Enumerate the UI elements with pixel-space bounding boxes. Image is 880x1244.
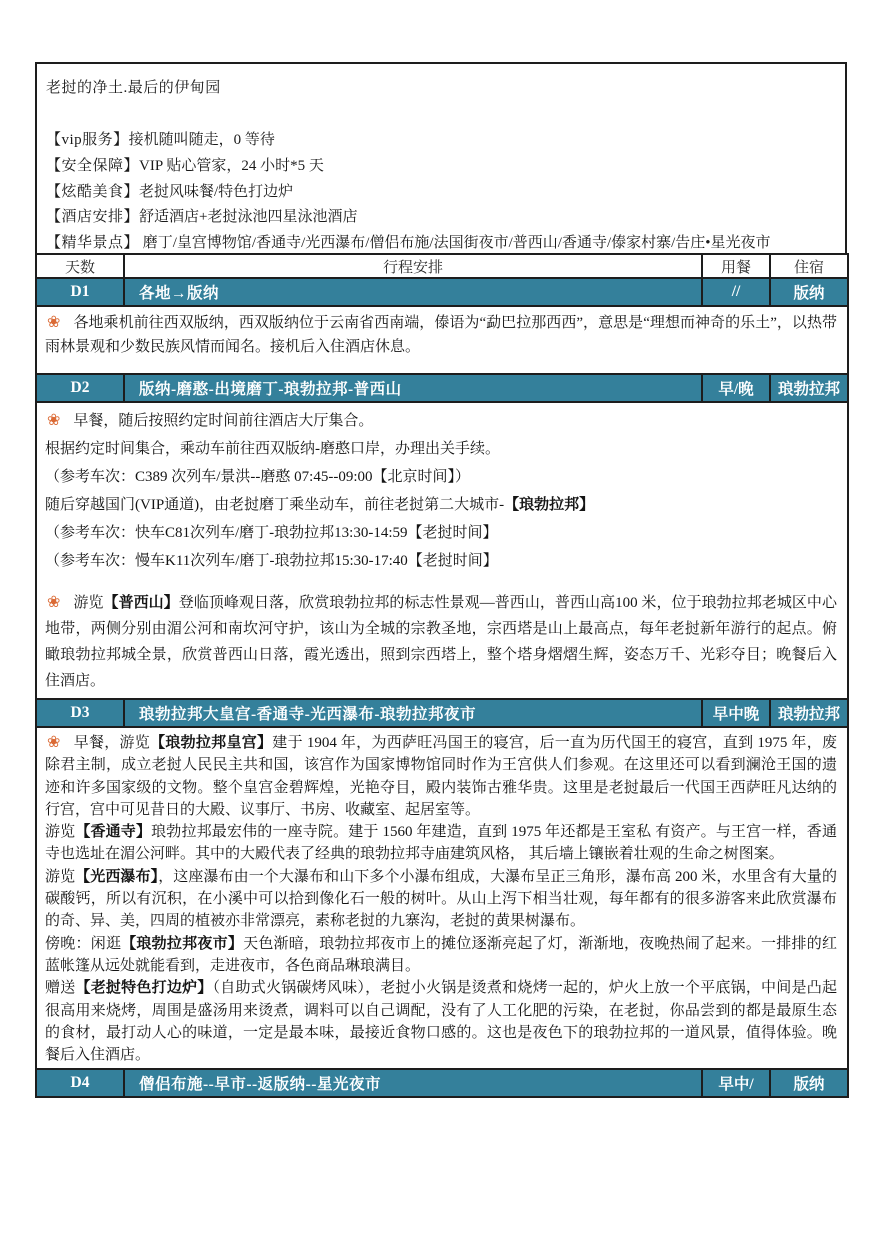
paragraph: 赠送【老挝特色打边炉】（自助式火锅碳烤风味），老挝小火锅是烫煮和烧烤一起的，炉火… bbox=[45, 977, 837, 1066]
paragraph: ❀游览【普西山】登临顶峰观日落，欣赏琅勃拉邦的标志性景观—普西山，普西山高100… bbox=[45, 590, 837, 694]
text-segment: （参考车次：快车C81次列车/磨丁-琅勃拉邦13:30-14:59【老挝时间】 bbox=[45, 525, 498, 541]
text-segment: 随后穿越国门(VIP通道)，由老挝磨丁乘坐动车，前往老挝第二大城市- bbox=[45, 497, 504, 513]
day-stay: 琅勃拉邦 bbox=[770, 699, 848, 727]
paragraph: ❀各地乘机前往西双版纳，西双版纳位于云南省西南端，傣语为“勐巴拉那西西”，意思是… bbox=[45, 311, 837, 359]
highlight-text: 接机随叫随走，0 等待 bbox=[129, 132, 275, 148]
day-row-D3: D3琅勃拉邦大皇宫-香通寺-光西瀑布-琅勃拉邦夜市早中晚琅勃拉邦 bbox=[36, 699, 848, 727]
day-row-D4: D4僧侣布施--早市--返版纳--星光夜市早中/版纳 bbox=[36, 1069, 848, 1097]
day-stay: 版纳 bbox=[770, 278, 848, 306]
text-segment: 早餐，游览 bbox=[74, 735, 150, 751]
col-header-stay: 住宿 bbox=[770, 254, 848, 278]
day-body-row-D3: ❀早餐，游览【琅勃拉邦皇宫】建于 1904 年，为西萨旺冯国王的寝宫，后一直为历… bbox=[36, 727, 848, 1069]
text-segment: 各地乘机前往西双版纳，西双版纳位于云南省西南端，傣语为“勐巴拉那西西”，意思是“… bbox=[45, 315, 837, 355]
highlight-text: 舒适酒店+老挝泳池四星泳池酒店 bbox=[139, 209, 357, 225]
highlight-label: 【vip服务】 bbox=[46, 132, 129, 148]
highlight-label: 【安全保障】 bbox=[46, 158, 139, 174]
day-title: 版纳-磨憨-出境磨丁-琅勃拉邦-普西山 bbox=[124, 374, 702, 402]
highlight-line: 【精华景点】 磨丁/皇宫博物馆/香通寺/光西瀑布/僧侣布施/法国街夜市/普西山/… bbox=[46, 231, 835, 257]
highlight-label: 【炫酷美食】 bbox=[46, 184, 139, 200]
highlight-term: 【老挝特色打边炉】 bbox=[75, 980, 212, 996]
flower-icon: ❀ bbox=[47, 412, 60, 429]
text-segment: 游览 bbox=[45, 824, 75, 840]
highlight-label: 【酒店安排】 bbox=[46, 209, 139, 225]
text-segment: （参考车次：慢车K11次列车/磨丁-琅勃拉邦15:30-17:40【老挝时间】 bbox=[45, 553, 498, 569]
text-segment: 早餐，随后按照约定时间前往酒店大厅集合。 bbox=[73, 413, 373, 429]
flower-icon: ❀ bbox=[47, 734, 61, 751]
paragraph: 随后穿越国门(VIP通道)，由老挝磨丁乘坐动车，前往老挝第二大城市-【琅勃拉邦】 bbox=[45, 492, 837, 518]
paragraph: 游览【香通寺】琅勃拉邦最宏伟的一座寺院。建于 1560 年建造，直到 1975 … bbox=[45, 821, 837, 866]
highlight-text: VIP 贴心管家，24 小时*5 天 bbox=[139, 158, 324, 174]
day-meals: 早中晚 bbox=[702, 699, 770, 727]
highlight-line: 【酒店安排】舒适酒店+老挝泳池四星泳池酒店 bbox=[46, 205, 835, 231]
paragraph: ❀早餐，游览【琅勃拉邦皇宫】建于 1904 年，为西萨旺冯国王的寝宫，后一直为历… bbox=[45, 732, 837, 821]
day-id: D3 bbox=[36, 699, 124, 727]
day-id: D1 bbox=[36, 278, 124, 306]
blank-line bbox=[45, 576, 837, 589]
day-title: 僧侣布施--早市--返版纳--星光夜市 bbox=[124, 1069, 702, 1097]
day-id: D2 bbox=[36, 374, 124, 402]
day-meals: 早/晚 bbox=[702, 374, 770, 402]
day-body-row-D2: ❀早餐，随后按照约定时间前往酒店大厅集合。根据约定时间集合，乘动车前往西双版纳-… bbox=[36, 402, 848, 699]
day-meals: 早中/ bbox=[702, 1069, 770, 1097]
flower-icon: ❀ bbox=[47, 594, 60, 611]
day-title: 琅勃拉邦大皇宫-香通寺-光西瀑布-琅勃拉邦夜市 bbox=[124, 699, 702, 727]
highlights-list: 【vip服务】接机随叫随走，0 等待【安全保障】VIP 贴心管家，24 小时*5… bbox=[46, 128, 835, 257]
paragraph: 傍晚：闲逛【琅勃拉邦夜市】天色渐暗，琅勃拉邦夜市上的摊位逐渐亮起了灯，渐渐地，夜… bbox=[45, 933, 837, 978]
paragraph: （参考车次：C389 次列车/景洪--磨憨 07:45--09:00【北京时间】… bbox=[45, 464, 837, 490]
day-stay: 版纳 bbox=[770, 1069, 848, 1097]
text-segment: 赠送 bbox=[45, 980, 75, 996]
day-description-D2: ❀早餐，随后按照约定时间前往酒店大厅集合。根据约定时间集合，乘动车前往西双版纳-… bbox=[36, 402, 848, 699]
paragraph: （参考车次：慢车K11次列车/磨丁-琅勃拉邦15:30-17:40【老挝时间】 bbox=[45, 548, 837, 574]
text-segment: 根据约定时间集合，乘动车前往西双版纳-磨憨口岸，办理出关手续。 bbox=[45, 441, 500, 457]
document-page: 老挝的净土.最后的伊甸园 【vip服务】接机随叫随走，0 等待【安全保障】VIP… bbox=[0, 0, 880, 1244]
highlight-text: 磨丁/皇宫博物馆/香通寺/光西瀑布/僧侣布施/法国街夜市/普西山/香通寺/傣家村… bbox=[139, 235, 771, 251]
text-segment: 琅勃拉邦最宏伟的一座寺院。建于 1560 年建造，直到 1975 年还都是王室私… bbox=[45, 824, 837, 862]
highlight-text: 老挝风味餐/特色打边炉 bbox=[139, 184, 293, 200]
day-body-row-D1: ❀各地乘机前往西双版纳，西双版纳位于云南省西南端，傣语为“勐巴拉那西西”，意思是… bbox=[36, 306, 848, 374]
text-segment: 傍晚：闲逛 bbox=[45, 936, 121, 952]
highlight-line: 【vip服务】接机随叫随走，0 等待 bbox=[46, 128, 835, 154]
day-title: 各地→版纳 bbox=[124, 278, 702, 306]
paragraph: 根据约定时间集合，乘动车前往西双版纳-磨憨口岸，办理出关手续。 bbox=[45, 436, 837, 462]
highlight-line: 【安全保障】VIP 贴心管家，24 小时*5 天 bbox=[46, 154, 835, 180]
text-segment: 游览 bbox=[45, 869, 75, 885]
highlight-term: 【光西瀑布】 bbox=[75, 869, 158, 885]
highlight-term: 【琅勃拉邦夜市】 bbox=[121, 936, 243, 952]
day-stay: 琅勃拉邦 bbox=[770, 374, 848, 402]
itinerary-table: 天数 行程安排 用餐 住宿 D1各地→版纳//版纳❀各地乘机前往西双版纳，西双版… bbox=[35, 253, 849, 1098]
paragraph: （参考车次：快车C81次列车/磨丁-琅勃拉邦13:30-14:59【老挝时间】 bbox=[45, 520, 837, 546]
highlight-term: 【普西山】 bbox=[104, 595, 179, 611]
day-row-D2: D2版纳-磨憨-出境磨丁-琅勃拉邦-普西山早/晚琅勃拉邦 bbox=[36, 374, 848, 402]
highlight-label: 【精华景点】 bbox=[46, 235, 139, 251]
text-segment: （参考车次：C389 次列车/景洪--磨憨 07:45--09:00【北京时间】… bbox=[45, 469, 470, 485]
highlight-term: 【琅勃拉邦皇宫】 bbox=[150, 735, 272, 751]
day-description-D1: ❀各地乘机前往西双版纳，西双版纳位于云南省西南端，傣语为“勐巴拉那西西”，意思是… bbox=[36, 306, 848, 374]
flower-icon: ❀ bbox=[47, 314, 60, 331]
intro-section: 老挝的净土.最后的伊甸园 【vip服务】接机随叫随走，0 等待【安全保障】VIP… bbox=[35, 62, 847, 255]
col-header-itinerary: 行程安排 bbox=[124, 254, 702, 278]
highlight-line: 【炫酷美食】老挝风味餐/特色打边炉 bbox=[46, 180, 835, 206]
paragraph: ❀早餐，随后按照约定时间前往酒店大厅集合。 bbox=[45, 408, 837, 434]
col-header-meals: 用餐 bbox=[702, 254, 770, 278]
text-segment: ，这座瀑布由一个大瀑布和山下多个小瀑布组成，大瀑布呈正三角形，瀑布高 200 米… bbox=[45, 869, 837, 930]
highlight-term: 【香通寺】 bbox=[75, 824, 151, 840]
day-row-D1: D1各地→版纳//版纳 bbox=[36, 278, 848, 306]
day-id: D4 bbox=[36, 1069, 124, 1097]
day-description-D3: ❀早餐，游览【琅勃拉邦皇宫】建于 1904 年，为西萨旺冯国王的寝宫，后一直为历… bbox=[36, 727, 848, 1069]
itinerary-document: 老挝的净土.最后的伊甸园 【vip服务】接机随叫随走，0 等待【安全保障】VIP… bbox=[35, 62, 847, 1098]
highlight-term: 【琅勃拉邦】 bbox=[504, 497, 594, 513]
text-segment: 游览 bbox=[73, 595, 103, 611]
document-title: 老挝的净土.最后的伊甸园 bbox=[46, 76, 835, 97]
day-meals: // bbox=[702, 278, 770, 306]
col-header-day: 天数 bbox=[36, 254, 124, 278]
table-header-row: 天数 行程安排 用餐 住宿 bbox=[36, 254, 848, 278]
paragraph: 游览【光西瀑布】，这座瀑布由一个大瀑布和山下多个小瀑布组成，大瀑布呈正三角形，瀑… bbox=[45, 866, 837, 933]
